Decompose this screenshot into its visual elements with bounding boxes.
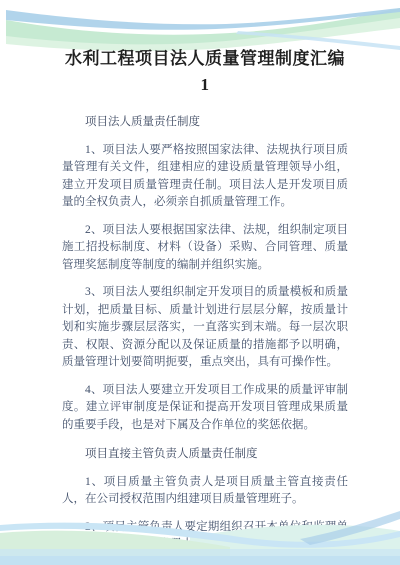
document-title: 水利工程项目法人质量管理制度汇编1 [62, 46, 348, 98]
document-page: 水利工程项目法人质量管理制度汇编1 项目法人质量责任制度 1、项目法人要严格按照… [0, 0, 400, 565]
document-content: 水利工程项目法人质量管理制度汇编1 项目法人质量责任制度 1、项目法人要严格按照… [62, 46, 348, 565]
section-1-heading: 项目法人质量责任制度 [62, 114, 348, 132]
section-1-paragraph-1: 1、项目法人要严格按照国家法律、法规执行项目质量管理有关文件，组建相应的建设质量… [62, 142, 348, 212]
section-1-paragraph-4: 4、项目法人要建立开发项目工作成果的质量评审制度。建立评审制度是保证和提高开发项… [62, 382, 348, 435]
section-2-heading: 项目直接主管负责人质量责任制度 [62, 446, 348, 464]
bottom-strip [0, 556, 400, 565]
bottom-strip-light [0, 549, 400, 557]
section-1-paragraph-3: 3、项目法人要组织制定开发项目的质量模板和质量计划，把质量目标、质量计划进行层层… [62, 284, 348, 372]
bottom-wave-decoration [0, 503, 400, 565]
section-1-paragraph-2: 2、项目法人要根据国家法律、法规，组织制定项目施工招投标制度、材料（设备）采购、… [62, 222, 348, 275]
